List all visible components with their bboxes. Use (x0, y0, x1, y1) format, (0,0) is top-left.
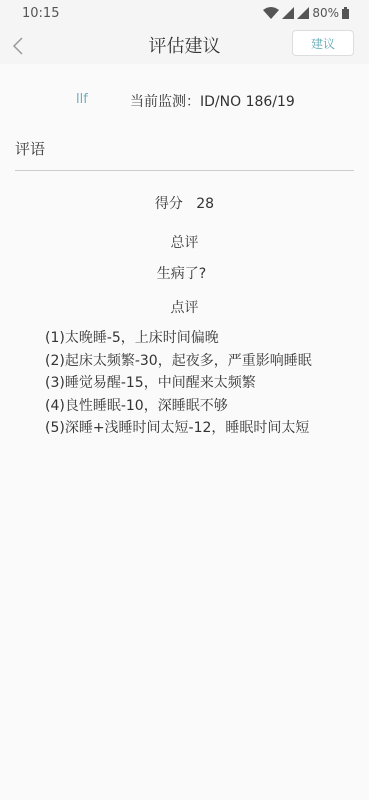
divider (15, 170, 354, 171)
header: 评估建议 建议 (0, 28, 369, 64)
current-monitor: 当前监测：ID/NO 186/19 (130, 91, 295, 111)
comment-list: (1)太晚睡-5，上床时间偏晚 (2)起床太频繁-30，起夜多，严重影响睡眠 (… (45, 327, 312, 440)
score-value: 28 (196, 196, 214, 212)
list-item: (4)良性睡眠-10，深睡眠不够 (45, 395, 312, 418)
score-label: 得分 (155, 196, 183, 212)
score-row: 得分 28 (0, 193, 369, 213)
list-item: (3)睡觉易醒-15，中间醒来太频繁 (45, 372, 312, 395)
list-item: (5)深睡+浅睡时间太短-12，睡眠时间太短 (45, 417, 312, 440)
suggest-button[interactable]: 建议 (292, 30, 354, 56)
device-icon: llf (76, 92, 88, 107)
status-time: 10:15 (22, 6, 59, 21)
overall-value: 生病了? (0, 263, 369, 283)
remark-label: 评语 (15, 138, 45, 159)
monitor-row: llf 当前监测：ID/NO 186/19 (0, 90, 369, 112)
battery-icon (342, 7, 349, 19)
back-button[interactable] (12, 30, 32, 60)
list-item: (1)太晚睡-5，上床时间偏晚 (45, 327, 312, 350)
overall-label: 总评 (0, 232, 369, 252)
comment-label: 点评 (0, 297, 369, 317)
status-icons: 80% (263, 6, 349, 20)
list-item: (2)起床太频繁-30，起夜多，严重影响睡眠 (45, 350, 312, 373)
wifi-icon (263, 7, 279, 19)
chevron-left-icon (12, 36, 24, 56)
battery-percent: 80% (312, 6, 339, 20)
signal-icon-2 (297, 7, 309, 19)
status-bar: 10:15 80% (0, 0, 369, 28)
signal-icon (282, 7, 294, 19)
